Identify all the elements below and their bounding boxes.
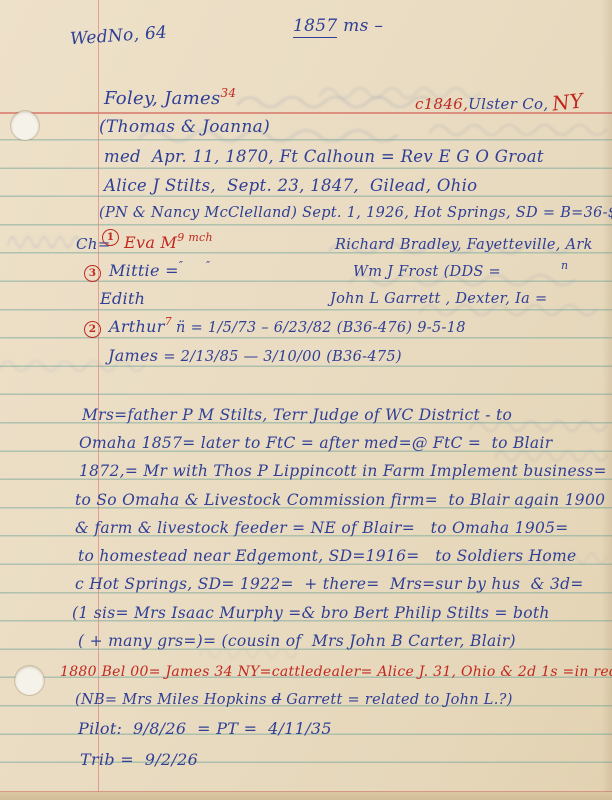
census-1880-note: 1880 Bel 00= James 34 NY=cattledealer= A… xyxy=(60,664,612,681)
page-title: 1857 ms – xyxy=(293,16,383,36)
child-row: Edith xyxy=(100,289,145,308)
title-suffix: ms – xyxy=(337,16,383,36)
bio-line: ( + many grs=)= (cousin of Mrs John B Ca… xyxy=(78,632,516,651)
entry-birth: c1846,Ulster Co,NY xyxy=(415,90,584,114)
page-bottom-edge xyxy=(0,792,612,800)
nb-note: (NB= Mrs Miles Hopkins d Garrett = relat… xyxy=(75,692,513,709)
bio-line: 1872,= Mr with Thos P Lippincott in Farm… xyxy=(79,462,607,481)
bio-line: Mrs=father P M Stilts, Terr Judge of WC … xyxy=(82,406,512,425)
child-row: 1Eva M9 mch xyxy=(102,233,213,254)
hole-punch-top xyxy=(11,111,39,140)
source-trib: Trib = 9/2/26 xyxy=(80,750,198,769)
child-name: Mittie = xyxy=(109,261,179,280)
bio-line: c Hot Springs, SD= 1922= + there= Mrs=su… xyxy=(75,575,584,594)
child-spouse: Richard Bradley, Fayetteville, Ark xyxy=(335,237,593,254)
bio-line: to So Omaha & Livestock Commission firm=… xyxy=(75,491,605,510)
child-order-circle: 2 xyxy=(84,321,101,338)
child-name: Arthur xyxy=(109,317,165,336)
hole-punch-bottom xyxy=(15,666,44,695)
entry-spouse: Alice J Stilts, Sept. 23, 1847, Gilead, … xyxy=(104,176,477,196)
bio-line: & farm & livestock feeder = NE of Blair=… xyxy=(75,519,569,538)
child-row: James= 2/13/85 — 3/10/00 (B36-475) xyxy=(108,346,402,366)
child-name: James xyxy=(108,346,158,365)
child-dates: n̈ = 1/5/73 – 6/23/82 (B36-476) 9-5-18 xyxy=(176,320,466,336)
child-name: Eva M xyxy=(124,233,177,252)
child-dates: = 2/13/85 — 3/10/00 (B36-475) xyxy=(163,349,402,365)
notebook-reference: WedNo, 64 xyxy=(69,23,167,50)
bio-line: to homestead near Edgemont, SD=1916= to … xyxy=(78,547,576,566)
birth-state: NY xyxy=(551,88,585,115)
child-spouse: Wm J Frost (DDS =n xyxy=(353,264,568,281)
struck-word: d xyxy=(272,692,282,708)
bio-line: (1 sis= Mrs Isaac Murphy =& bro Bert Phi… xyxy=(72,604,550,623)
child-spouse: John L Garrett , Dexter, Ia = xyxy=(330,291,547,308)
child-order-circle: 1 xyxy=(102,229,119,246)
child-superscript: 7 xyxy=(165,315,172,328)
title-year: 1857 xyxy=(293,16,337,38)
ledger-page: WedNo, 64 1857 ms – Foley, James34 c1846… xyxy=(0,0,612,800)
entry-parents: (Thomas & Joanna) xyxy=(99,117,270,137)
birth-place: Ulster Co, xyxy=(468,95,548,113)
child-superscript: 9 mch xyxy=(177,231,213,244)
source-pilot: Pilot: 9/8/26 = PT = 4/11/35 xyxy=(78,719,332,738)
child-row: 3Mittie =″ ″ xyxy=(84,261,210,282)
child-spouse-ditto: n xyxy=(561,259,568,272)
entry-age-superscript: 34 xyxy=(220,86,236,100)
bio-line: Omaha 1857= later to FtC = after med=@ F… xyxy=(79,434,552,453)
entry-marriage: med Apr. 11, 1870, Ft Calhoun = Rev E G … xyxy=(104,147,544,167)
child-row: 2Arthur7n̈ = 1/5/73 – 6/23/82 (B36-476) … xyxy=(84,317,466,338)
birth-circa: c1846, xyxy=(415,95,468,113)
child-ditto-marks: ″ ″ xyxy=(179,259,211,272)
entry-spouse-death: (PN & Nancy McClelland) Sept. 1, 1926, H… xyxy=(99,205,612,222)
entry-name: Foley, James34 xyxy=(104,88,236,110)
child-order-circle: 3 xyxy=(84,265,101,282)
